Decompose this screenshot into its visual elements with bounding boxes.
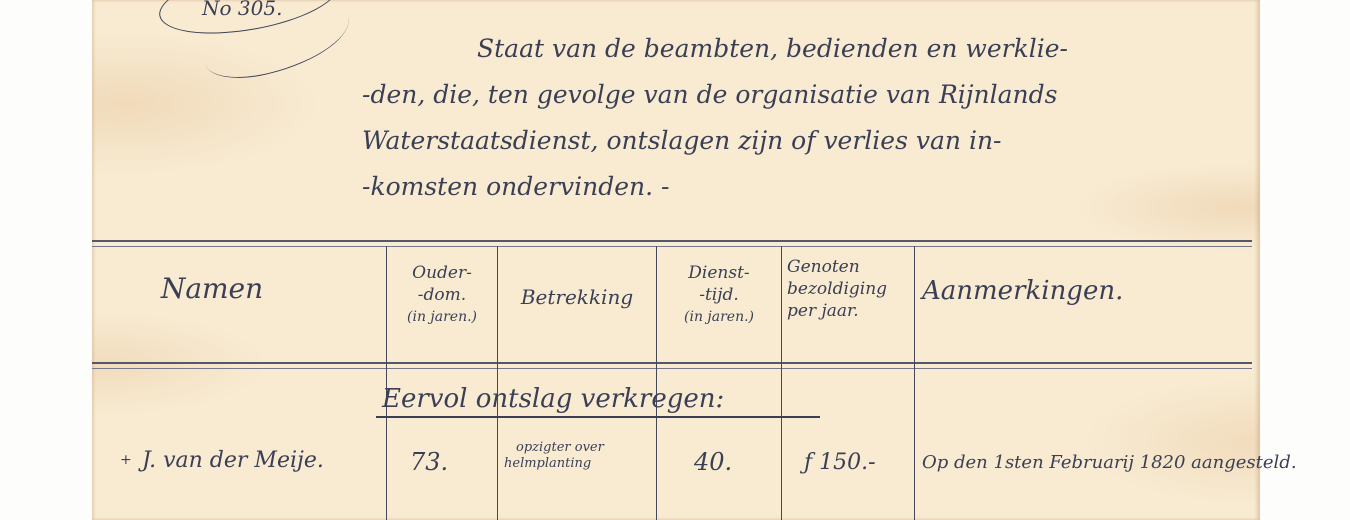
title-line: -komsten ondervinden. - [362, 164, 1262, 210]
document-page: No 305. Staat van de beambten, bedienden… [92, 0, 1260, 520]
column-header-bezoldiging: Genoten bezoldiging per jaar. [783, 256, 917, 322]
title-line: Staat van de beambten, bedienden en werk… [362, 26, 1262, 72]
row-name: J. van der Meije. [142, 448, 324, 473]
row-salary: ƒ 150.- [804, 450, 876, 475]
row-service-years: 40. [694, 448, 732, 476]
column-header-ouderdom: Ouder- -dom. (in jaren.) [388, 262, 496, 328]
column-header-namen: Namen [112, 278, 312, 300]
header-line: bezoldiging [787, 278, 917, 300]
row-age: 73. [410, 448, 448, 476]
header-line: per jaar. [787, 300, 917, 322]
column-divider [386, 246, 387, 520]
column-divider [497, 246, 498, 520]
column-header-diensttijd: Dienst- -tijd. (in jaren.) [658, 262, 780, 328]
column-header-betrekking: Betrekking [499, 286, 655, 308]
column-header-aanmerkingen: Aanmerkingen. [922, 280, 1222, 302]
header-line: Dienst- [658, 262, 780, 284]
table-header-rule [92, 362, 1252, 369]
header-line: (in jaren.) [658, 306, 780, 328]
column-divider [781, 246, 782, 520]
header-line: -dom. [388, 284, 496, 306]
table-top-rule [92, 240, 1252, 247]
header-line: -tijd. [658, 284, 780, 306]
header-line: Ouder- [388, 262, 496, 284]
title-line: -den, die, ten gevolge van de organisati… [362, 72, 1262, 118]
column-divider [656, 246, 657, 520]
section-title: Eervol ontslag verkregen: [376, 384, 820, 418]
row-position: opzigter over helmplanting [504, 440, 604, 472]
row-remarks: Op den 1sten Februarij 1820 aangesteld. [922, 452, 1297, 473]
header-line: Genoten [787, 256, 917, 278]
document-title: Staat van de beambten, bedienden en werk… [362, 26, 1262, 210]
title-line: Waterstaatsdienst, ontslagen zijn of ver… [362, 118, 1262, 164]
document-number: No 305. [202, 0, 282, 20]
position-line: opzigter over [504, 440, 604, 456]
position-line: helmplanting [504, 456, 604, 472]
row-mark: + [120, 452, 132, 468]
header-line: (in jaren.) [388, 306, 496, 328]
